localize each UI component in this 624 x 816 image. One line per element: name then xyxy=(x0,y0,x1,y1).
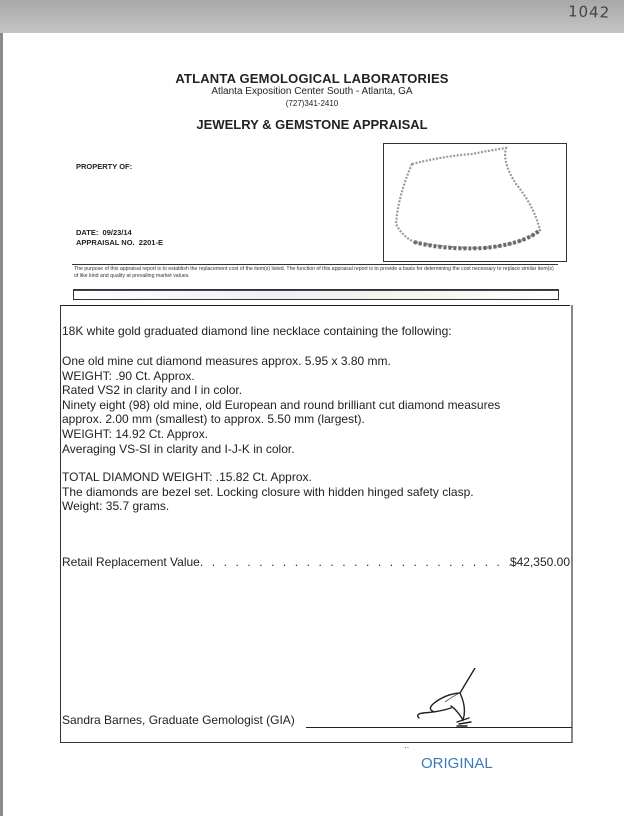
stamp-marks: ·· xyxy=(404,743,409,752)
document-title: JEWELRY & GEMSTONE APPRAISAL xyxy=(0,117,624,132)
scan-border-top xyxy=(0,0,624,33)
detail-line: Ninety eight (98) old mine, old European… xyxy=(62,398,500,413)
detail-line: Averaging VS-SI in clarity and I-J-K in … xyxy=(62,442,500,457)
retail-value-amount: $42,350.00 xyxy=(510,555,570,569)
total-weight-line: TOTAL DIAMOND WEIGHT: .15.82 Ct. Approx. xyxy=(62,470,474,485)
date-field: DATE: 09/23/14 xyxy=(76,228,132,237)
detail-line: WEIGHT: 14.92 Ct. Approx. xyxy=(62,427,500,442)
retail-value-leader: . . . . . . . . . . . . . . . . . . . . … xyxy=(200,555,510,569)
signature-icon xyxy=(405,668,505,730)
appraisal-number-value: 2201-E xyxy=(139,238,163,247)
original-stamp: ORIGINAL xyxy=(421,755,493,772)
disclaimer-rule xyxy=(72,264,558,265)
retail-value-label: Retail Replacement Value xyxy=(62,555,200,569)
appraisal-number-field: APPRAISAL NO. 2201-E xyxy=(76,238,163,247)
handwritten-number: 1042 xyxy=(568,2,611,21)
lab-phone: (727)341-2410 xyxy=(0,99,624,108)
lab-name: ATLANTA GEMOLOGICAL LABORATORIES xyxy=(0,71,624,86)
detail-line: WEIGHT: .90 Ct. Approx. xyxy=(62,369,500,384)
detail-line: Rated VS2 in clarity and I in color. xyxy=(62,383,500,398)
scan-border-left xyxy=(0,33,3,816)
total-details: TOTAL DIAMOND WEIGHT: .15.82 Ct. Approx.… xyxy=(62,470,474,514)
detail-line: One old mine cut diamond measures approx… xyxy=(62,354,500,369)
disclaimer-text: The purpose of this appraisal report is … xyxy=(74,266,554,280)
date-value: 09/23/14 xyxy=(103,228,132,237)
retail-value-row: Retail Replacement Value . . . . . . . .… xyxy=(62,555,570,569)
item-details: One old mine cut diamond measures approx… xyxy=(62,354,500,456)
property-of-label: PROPERTY OF: xyxy=(76,162,132,171)
necklace-image xyxy=(384,144,566,261)
appraisal-number-label: APPRAISAL NO. xyxy=(76,238,135,247)
item-intro: 18K white gold graduated diamond line ne… xyxy=(62,324,452,338)
signer-name: Sandra Barnes, Graduate Gemologist (GIA) xyxy=(62,713,295,727)
date-label: DATE: xyxy=(76,228,98,237)
banner-bar xyxy=(73,289,559,300)
detail-line: approx. 2.00 mm (smallest) to approx. 5.… xyxy=(62,412,500,427)
gram-weight-line: Weight: 35.7 grams. xyxy=(62,499,474,514)
necklace-photo xyxy=(383,143,567,262)
lab-address: Atlanta Exposition Center South - Atlant… xyxy=(0,86,624,97)
setting-line: The diamonds are bezel set. Locking clos… xyxy=(62,485,474,500)
